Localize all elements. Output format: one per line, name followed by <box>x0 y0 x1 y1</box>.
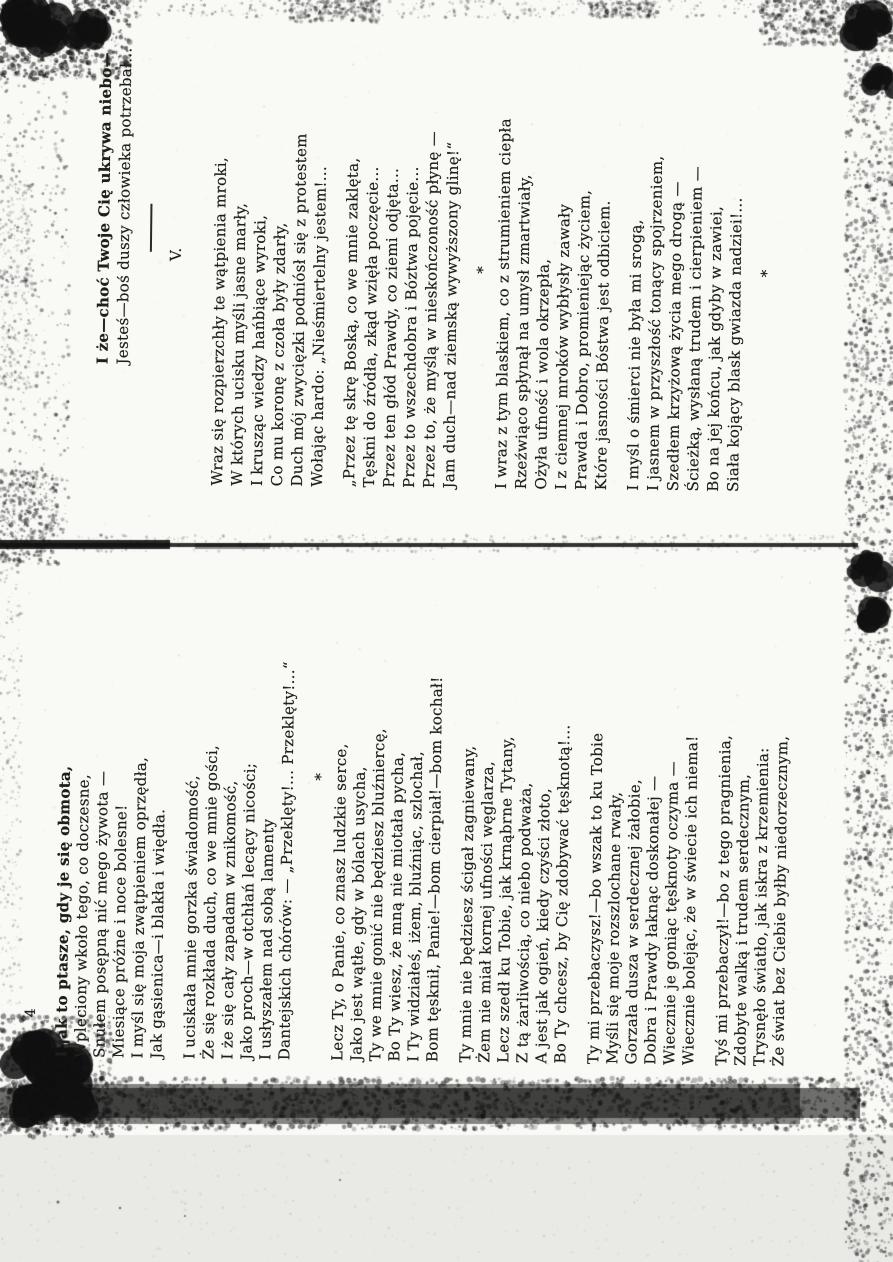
poem-line: Jesteś—boś duszy człowieka potrzebał... <box>113 78 136 364</box>
stanza: I że—choć Twoje Cię ukrywa niebo—Jesteś—… <box>91 78 136 484</box>
stanza-separator-star: * <box>758 86 778 277</box>
stanza: I uciskała mnie gorzka świadomość,Że się… <box>180 595 300 1060</box>
poem-line: Siała kojący blask gwiazda nadziei!... <box>723 86 748 492</box>
poem-line: Jam duch—nad ziemską wywyższony glinę!“ <box>439 82 464 488</box>
page-right-content: I że—choć Twoje Cię ukrywa niebo—Jesteś—… <box>83 78 783 498</box>
scanned-book-spread: I że—choć Twoje Cię ukrywa niebo—Jesteś—… <box>0 0 893 1262</box>
stanza: I wraz z tym blaskiem, co z strumieniem … <box>491 83 616 490</box>
stanza: I myśl o śmierci nie była mi srogą,I jas… <box>623 85 748 492</box>
page-right-rotated-region: I że—choć Twoje Cię ukrywa niebo—Jesteś—… <box>88 78 783 490</box>
stanza: I jak to ptasze, gdy je się obmota,Wplec… <box>52 593 172 1058</box>
page-number: 4 <box>23 593 44 1017</box>
page-left-content: 4I jak to ptasze, gdy je się obmota,Wple… <box>16 593 797 1070</box>
section-number: V. <box>166 79 188 261</box>
stanza-separator-star: * <box>474 83 494 274</box>
stanza: Tyś mi przebaczył!—bo z tego pragnienia,… <box>712 602 794 1067</box>
stanza: Ty mi przebaczysz!—bo wszak to ku TobieM… <box>584 600 704 1065</box>
stanza: Ty mnie nie będziesz ścigał zagniewany,Ż… <box>456 598 576 1063</box>
stanza: Lecz Ty, o Panie, co znasz ludzkie serce… <box>328 597 448 1062</box>
section-divider-rule <box>150 204 153 252</box>
poem-line: Które jasności Bóstwa jest odbiciem. <box>591 84 616 490</box>
stanza: Wraz się rozpierzchły te wątpienia mroki… <box>207 80 332 487</box>
page-left-rotated-region: 4I jak to ptasze, gdy je się obmota,Wple… <box>22 593 797 1061</box>
stanza-separator-star: * <box>312 597 332 781</box>
stanza: „Przez tę skrę Boską, co we mnie zaklęta… <box>339 81 464 488</box>
